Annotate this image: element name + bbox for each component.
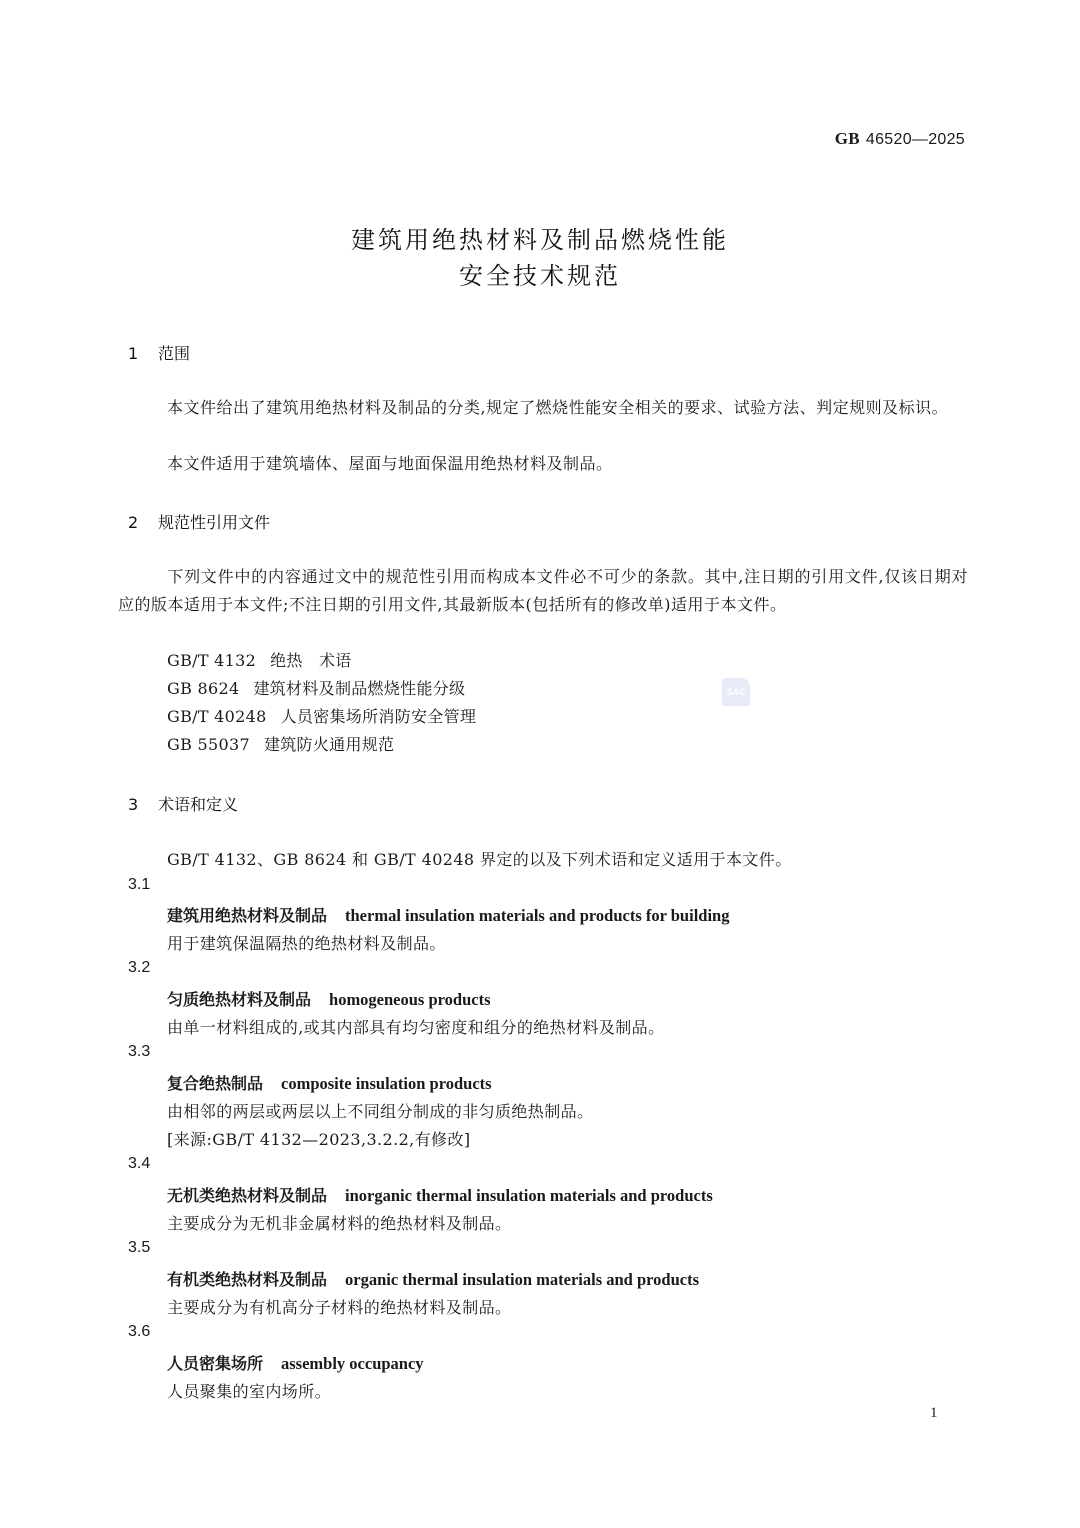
page-number: 1: [930, 1405, 938, 1422]
term-definition: 人员聚集的室内场所。: [167, 1379, 331, 1402]
standard-prefix: GB: [835, 129, 860, 148]
term-definition: 主要成分为有机高分子材料的绝热材料及制品。: [167, 1295, 511, 1318]
document-title-line1: 建筑用绝热材料及制品燃烧性能: [0, 220, 1080, 255]
section-1-paragraph-2: 本文件适用于建筑墙体、屋面与地面保温用绝热材料及制品。: [118, 450, 968, 478]
term-heading: 有机类绝热材料及制品organic thermal insulation mat…: [167, 1267, 699, 1290]
term-number: 3.2: [128, 959, 150, 977]
term-number: 3.5: [128, 1239, 150, 1257]
term-definition: 由相邻的两层或两层以上不同组分制成的非匀质绝热制品。: [167, 1099, 593, 1122]
section-2-heading: 2规范性引用文件: [128, 510, 270, 533]
term-number: 3.1: [128, 876, 150, 894]
section-3-intro: GB/T 4132、GB 8624 和 GB/T 40248 界定的以及下列术语…: [167, 847, 792, 870]
term-heading: 匀质绝热材料及制品homogeneous products: [167, 987, 491, 1010]
normative-reference: GB/T 4132绝热 术语: [167, 648, 352, 671]
section-1-heading: 1范围: [128, 341, 190, 364]
term-source: [来源:GB/T 4132—2023,3.2.2,有修改]: [167, 1127, 470, 1150]
term-definition: 由单一材料组成的,或其内部具有均匀密度和组分的绝热材料及制品。: [167, 1015, 665, 1038]
normative-reference: GB/T 40248人员密集场所消防安全管理: [167, 704, 476, 727]
term-number: 3.4: [128, 1155, 150, 1173]
section-3-heading: 3术语和定义: [128, 792, 238, 815]
term-number: 3.3: [128, 1043, 150, 1061]
sac-watermark-logo: SAC: [722, 678, 750, 706]
normative-reference: GB 8624建筑材料及制品燃烧性能分级: [167, 676, 465, 699]
term-definition: 用于建筑保温隔热的绝热材料及制品。: [167, 931, 446, 954]
term-heading: 复合绝热制品composite insulation products: [167, 1071, 492, 1094]
term-heading: 建筑用绝热材料及制品thermal insulation materials a…: [167, 903, 729, 926]
term-heading: 人员密集场所assembly occupancy: [167, 1351, 424, 1374]
standard-number: 46520—2025: [866, 131, 965, 148]
term-number: 3.6: [128, 1323, 150, 1341]
term-heading: 无机类绝热材料及制品inorganic thermal insulation m…: [167, 1183, 713, 1206]
section-1-paragraph-1: 本文件给出了建筑用绝热材料及制品的分类,规定了燃烧性能安全相关的要求、试验方法、…: [118, 394, 968, 422]
document-title-line2: 安全技术规范: [0, 256, 1080, 291]
term-definition: 主要成分为无机非金属材料的绝热材料及制品。: [167, 1211, 511, 1234]
standard-code: GB46520—2025: [835, 129, 965, 149]
normative-reference: GB 55037建筑防火通用规范: [167, 732, 394, 755]
section-2-paragraph: 下列文件中的内容通过文中的规范性引用而构成本文件必不可少的条款。其中,注日期的引…: [118, 563, 968, 619]
